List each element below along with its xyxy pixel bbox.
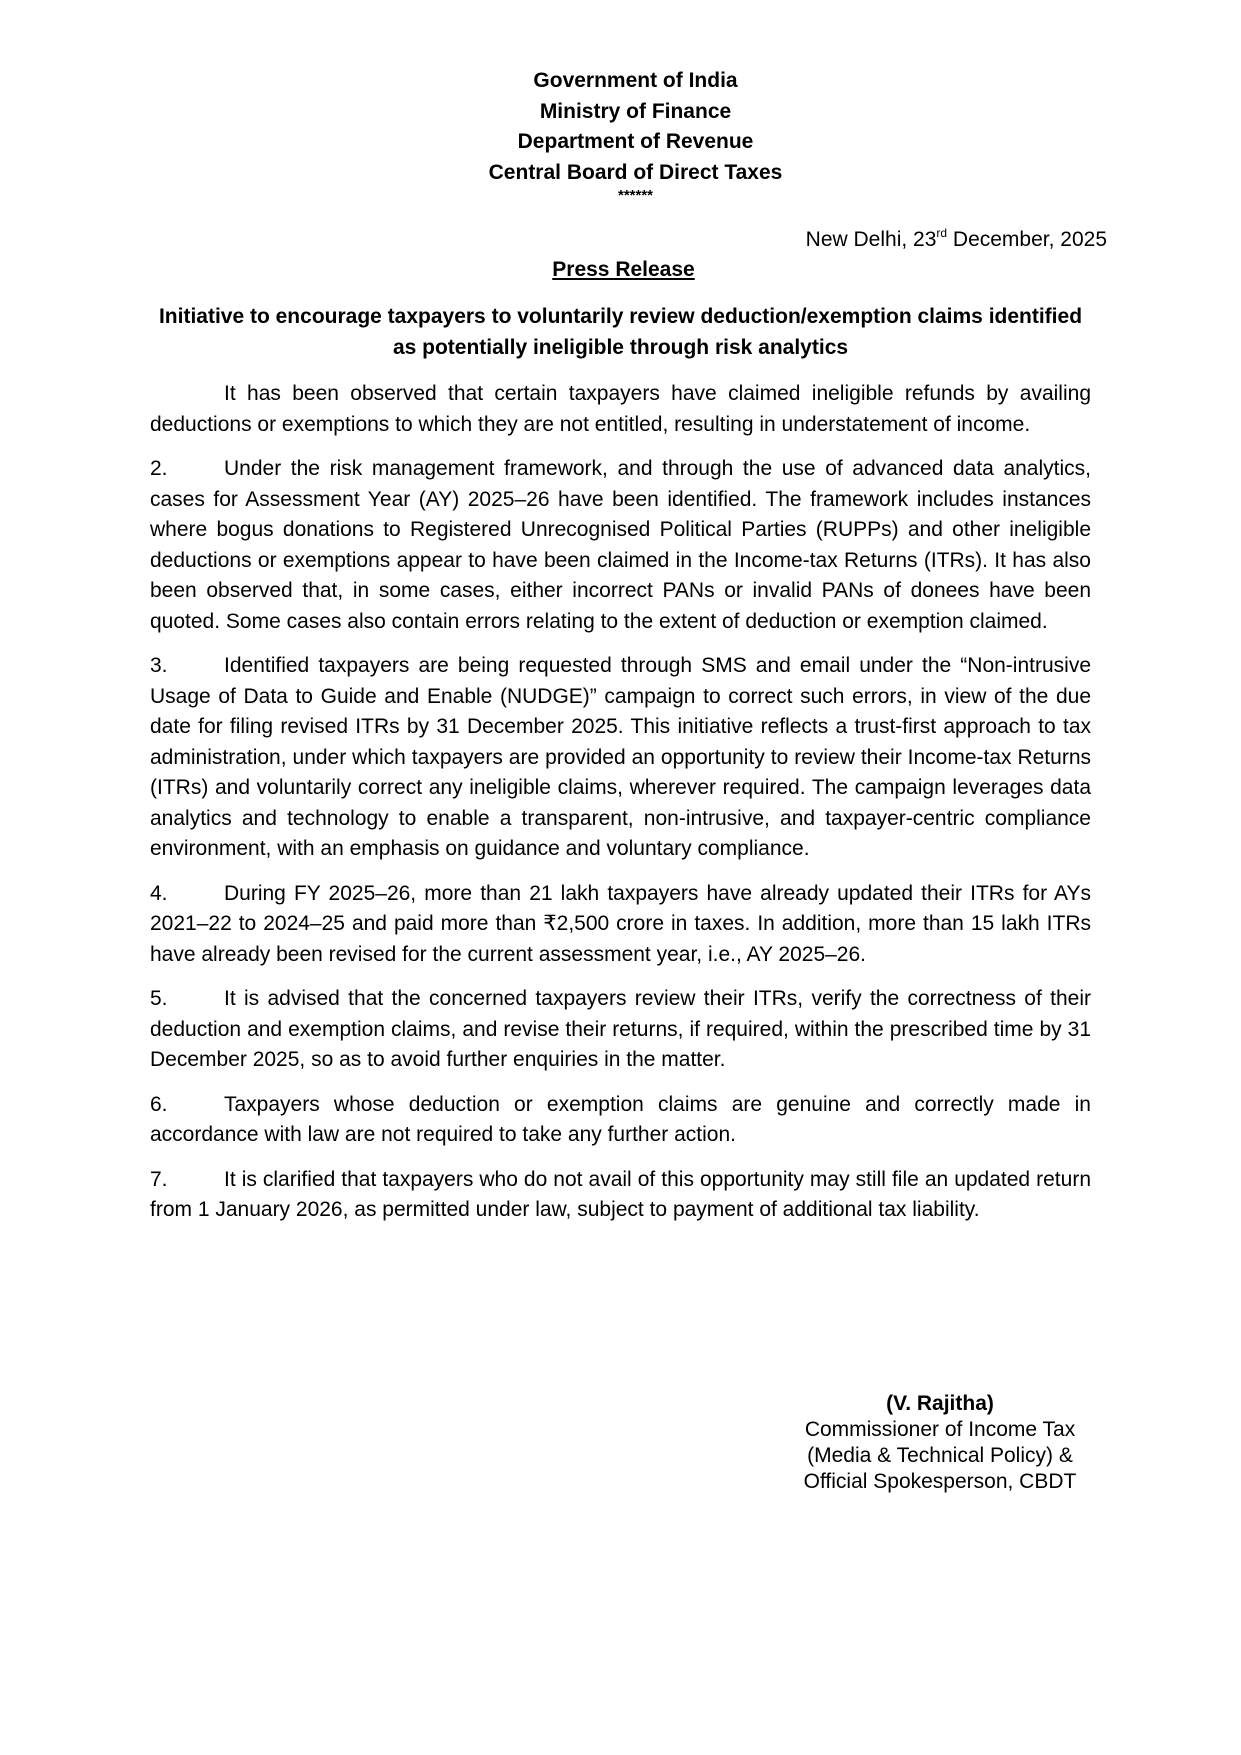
dateline-month-year: December, 2025 xyxy=(947,228,1107,251)
letterhead-line-department: Department of Revenue xyxy=(30,127,1241,158)
paragraph-7: 7.It is clarified that taxpayers who do … xyxy=(150,1165,1091,1226)
paragraph-number: 2. xyxy=(150,454,224,485)
paragraph-3: 3.Identified taxpayers are being request… xyxy=(150,651,1091,865)
paragraph-4: 4.During FY 2025–26, more than 21 lakh t… xyxy=(150,879,1091,971)
dateline: New Delhi, 23rd December, 2025 xyxy=(806,226,1107,254)
letterhead-line-board: Central Board of Direct Taxes xyxy=(30,158,1241,189)
dateline-ordinal: rd xyxy=(936,226,947,240)
subject-heading: Initiative to encourage taxpayers to vol… xyxy=(150,302,1091,363)
signatory-name: (V. Rajitha) xyxy=(780,1391,1100,1417)
paragraph-text: It is clarified that taxpayers who do no… xyxy=(150,1168,1091,1222)
paragraph-text: Taxpayers whose deduction or exemption c… xyxy=(150,1093,1091,1147)
press-release-heading: Press Release xyxy=(0,256,1241,284)
letterhead-separator: ****** xyxy=(30,186,1241,206)
paragraph-number: 3. xyxy=(150,651,224,682)
paragraph-1: It has been observed that certain taxpay… xyxy=(150,379,1091,440)
signatory-designation-line-1: Commissioner of Income Tax xyxy=(780,1417,1100,1443)
paragraph-text: Identified taxpayers are being requested… xyxy=(150,654,1091,860)
signature-block: (V. Rajitha) Commissioner of Income Tax … xyxy=(780,1391,1100,1495)
letterhead: Government of India Ministry of Finance … xyxy=(0,66,1241,206)
signatory-designation-line-3: Official Spokesperson, CBDT xyxy=(780,1469,1100,1495)
paragraph-number: 7. xyxy=(150,1165,224,1196)
paragraph-2: 2.Under the risk management framework, a… xyxy=(150,454,1091,637)
letterhead-line-ministry: Ministry of Finance xyxy=(30,97,1241,128)
dateline-place-day: New Delhi, 23 xyxy=(806,228,937,251)
paragraph-number: 5. xyxy=(150,984,224,1015)
letterhead-line-government: Government of India xyxy=(30,66,1241,97)
paragraph-text: It is advised that the concerned taxpaye… xyxy=(150,987,1091,1071)
paragraph-6: 6.Taxpayers whose deduction or exemption… xyxy=(150,1090,1091,1151)
paragraph-number: 6. xyxy=(150,1090,224,1121)
paragraph-5: 5.It is advised that the concerned taxpa… xyxy=(150,984,1091,1076)
paragraph-number: 4. xyxy=(150,879,224,910)
paragraph-text: Under the risk management framework, and… xyxy=(150,457,1091,633)
signatory-designation-line-2: (Media & Technical Policy) & xyxy=(780,1443,1100,1469)
paragraph-text: During FY 2025–26, more than 21 lakh tax… xyxy=(150,882,1091,966)
paragraph-text: It has been observed that certain taxpay… xyxy=(150,382,1091,436)
press-release-title: Press Release xyxy=(552,258,694,281)
document-body: It has been observed that certain taxpay… xyxy=(150,379,1091,1240)
